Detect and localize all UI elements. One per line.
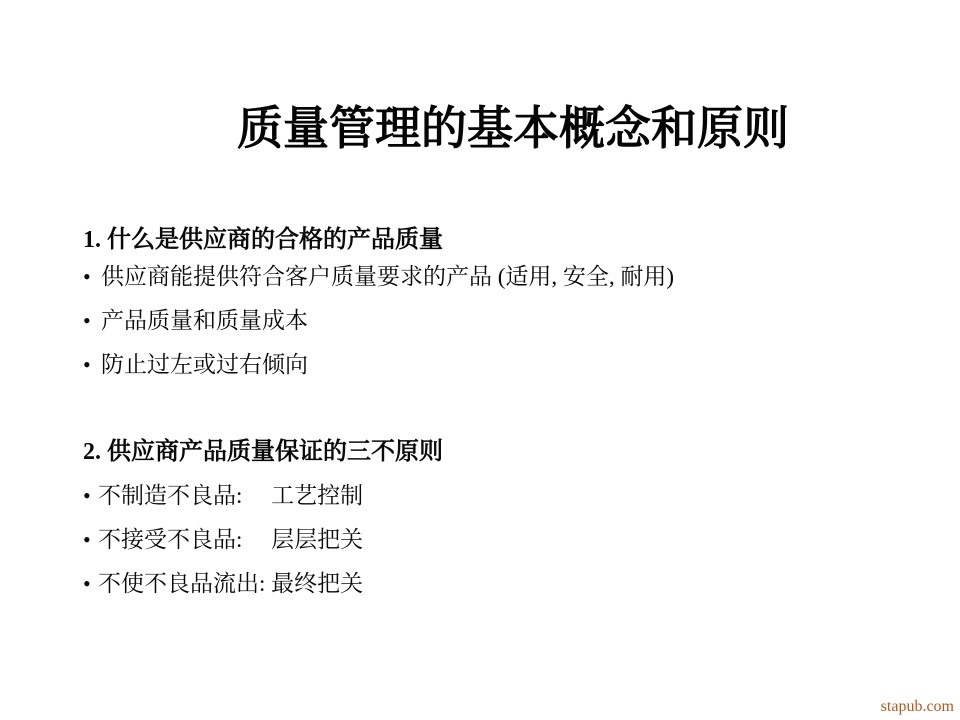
bullet-text: 不使不良品流出: 最终把关	[98, 562, 363, 606]
bullet-text: 防止过左或过右倾向	[101, 343, 308, 387]
bullet-icon: •	[83, 343, 101, 387]
list-item: • 供应商能提供符合客户质量要求的产品 (适用, 安全, 耐用)	[83, 255, 903, 299]
presentation-slide: 质量管理的基本概念和原则 1. 什么是供应商的合格的产品质量 • 供应商能提供符…	[0, 0, 960, 720]
list-item: • 防止过左或过右倾向	[83, 343, 903, 387]
section-2: 2. 供应商产品质量保证的三不原则 • 不制造不良品: 工艺控制 • 不接受不良…	[83, 437, 903, 606]
bullet-text: 不制造不良品: 工艺控制	[98, 474, 363, 518]
bullet-icon: •	[83, 562, 98, 606]
section-2-bullet-list: • 不制造不良品: 工艺控制 • 不接受不良品: 层层把关 • 不使不良品流出:…	[83, 474, 903, 606]
list-item: • 产品质量和质量成本	[83, 299, 903, 343]
list-item: • 不接受不良品: 层层把关	[83, 518, 903, 562]
bullet-text: 供应商能提供符合客户质量要求的产品 (适用, 安全, 耐用)	[101, 255, 674, 299]
list-item: • 不使不良品流出: 最终把关	[83, 562, 903, 606]
bullet-icon: •	[83, 299, 101, 343]
bullet-text: 产品质量和质量成本	[101, 299, 308, 343]
bullet-icon: •	[83, 518, 98, 562]
slide-title: 质量管理的基本概念和原则	[66, 103, 960, 155]
section-1-bullet-list: • 供应商能提供符合客户质量要求的产品 (适用, 安全, 耐用) • 产品质量和…	[83, 255, 903, 387]
bullet-icon: •	[83, 255, 101, 299]
section-1-heading: 1. 什么是供应商的合格的产品质量	[83, 225, 903, 255]
section-2-heading: 2. 供应商产品质量保证的三不原则	[83, 437, 903, 467]
list-item: • 不制造不良品: 工艺控制	[83, 474, 903, 518]
section-1: 1. 什么是供应商的合格的产品质量 • 供应商能提供符合客户质量要求的产品 (适…	[83, 225, 903, 387]
bullet-icon: •	[83, 474, 98, 518]
bullet-text: 不接受不良品: 层层把关	[98, 518, 363, 562]
watermark: stapub.com	[881, 697, 954, 717]
